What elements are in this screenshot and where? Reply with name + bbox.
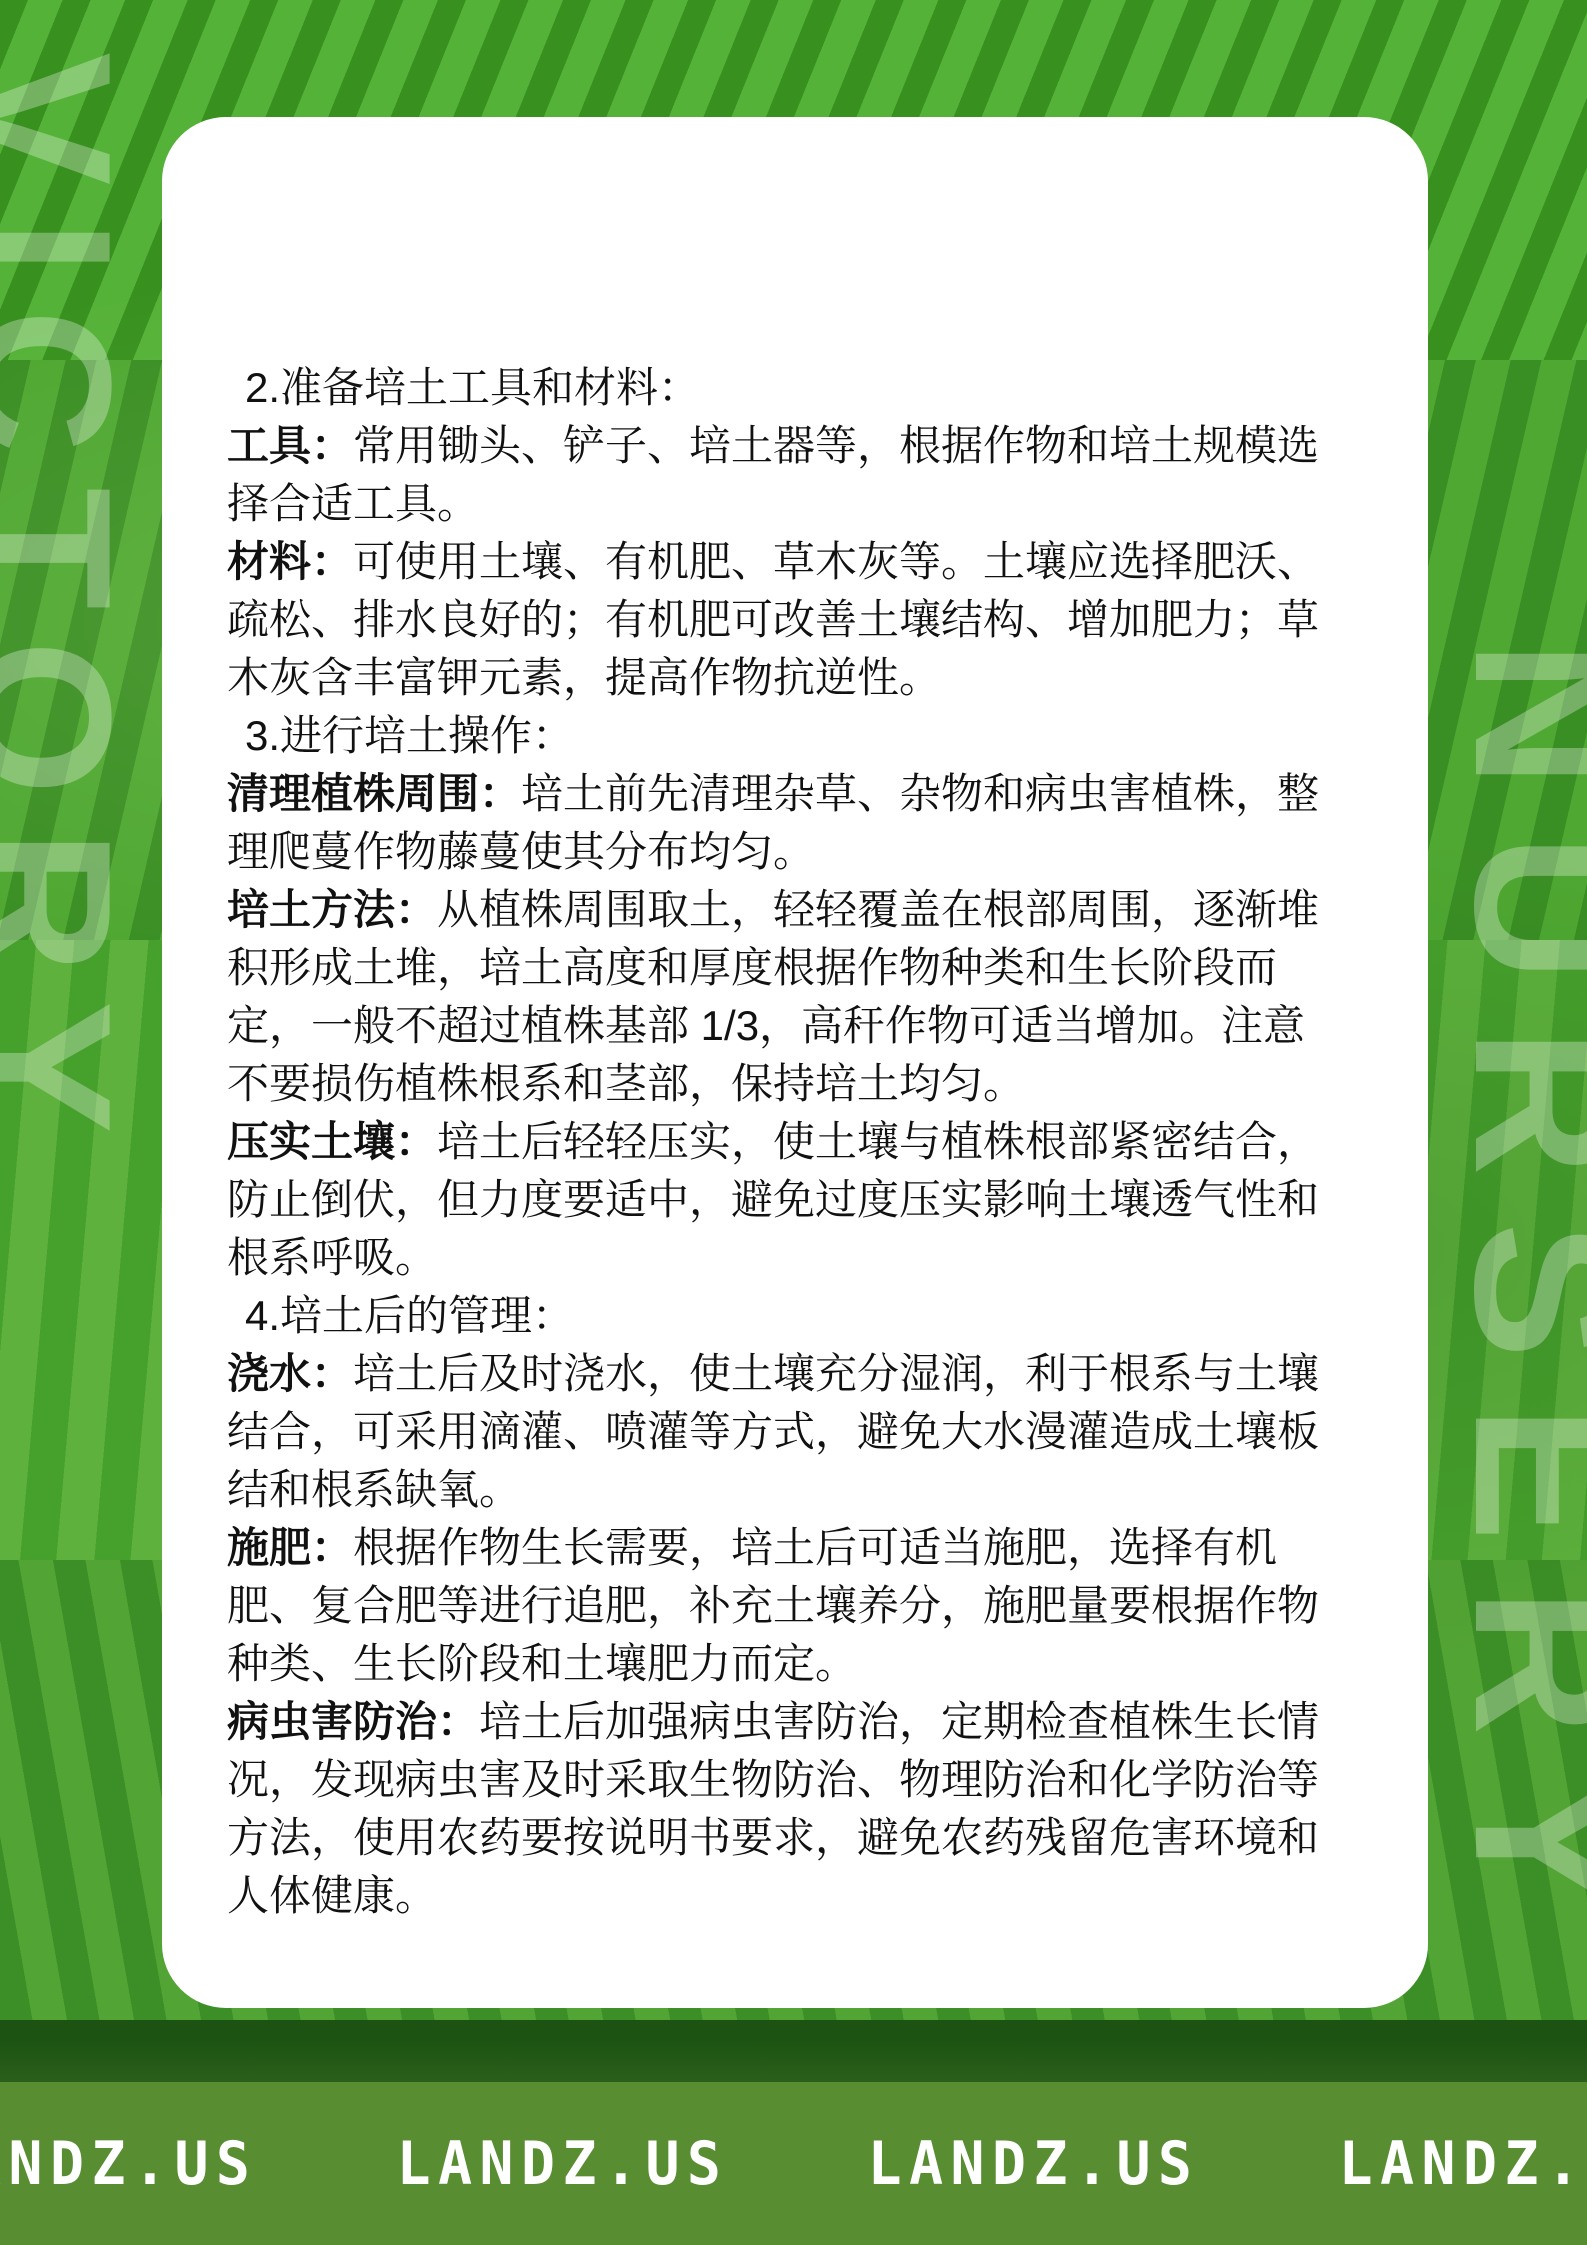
footer-band: LANDZ.US LANDZ.US LANDZ.US LANDZ.US: [0, 2082, 1587, 2245]
paragraph-label: 施肥：: [227, 1524, 353, 1571]
poster-page: VICTORY NURSERY 2.准备培土工具和材料： 工具：常用锄头、铲子、…: [0, 0, 1587, 2245]
paragraph-pest-control: 病虫害防治：培土后加强病虫害防治，定期检查植株生长情况，发现病虫害及时采取生物防…: [227, 1693, 1337, 1925]
footer-logo: LANDZ.US: [0, 2129, 257, 2199]
paragraph-method: 培土方法：从植株周围取土，轻轻覆盖在根部周围，逐渐堆积形成土堆，培土高度和厚度根…: [227, 881, 1337, 1113]
paragraph-tools: 工具：常用锄头、铲子、培土器等，根据作物和培土规模选择合适工具。: [227, 417, 1337, 533]
paragraph-label: 材料：: [227, 538, 353, 585]
article-text: 2.准备培土工具和材料： 工具：常用锄头、铲子、培土器等，根据作物和培土规模选择…: [227, 359, 1337, 1925]
paragraph-text: 常用锄头、铲子、培土器等，根据作物和培土规模选择合适工具。: [227, 422, 1319, 527]
paragraph-materials: 材料：可使用土壤、有机肥、草木灰等。土壤应选择肥沃、疏松、排水良好的；有机肥可改…: [227, 533, 1337, 707]
paragraph-label: 压实土壤：: [227, 1118, 437, 1165]
section-heading: 3.进行培土操作：: [227, 707, 1337, 765]
footer-logo-row: LANDZ.US LANDZ.US LANDZ.US LANDZ.US: [0, 2082, 1587, 2245]
paragraph-text: 根据作物生长需要，培土后可适当施肥，选择有机肥、复合肥等进行追肥，补充土壤养分，…: [227, 1524, 1319, 1687]
paragraph-text: 培土后及时浇水，使土壤充分湿润，利于根系与土壤结合，可采用滴灌、喷灌等方式，避免…: [227, 1350, 1319, 1513]
content-card: 2.准备培土工具和材料： 工具：常用锄头、铲子、培土器等，根据作物和培土规模选择…: [162, 117, 1428, 2008]
watermark-victory: VICTORY: [0, 52, 140, 1168]
paragraph-label: 培土方法：: [227, 886, 437, 933]
footer-logo: LANDZ.US: [397, 2129, 729, 2199]
paragraph-label: 清理植株周围：: [227, 770, 521, 817]
footer-logo: LANDZ.US: [1339, 2129, 1587, 2199]
paragraph-label: 病虫害防治：: [227, 1698, 479, 1745]
paragraph-fertilizing: 施肥：根据作物生长需要，培土后可适当施肥，选择有机肥、复合肥等进行追肥，补充土壤…: [227, 1519, 1337, 1693]
watermark-nursery: NURSERY: [1444, 640, 1587, 1957]
paragraph-text: 可使用土壤、有机肥、草木灰等。土壤应选择肥沃、疏松、排水良好的；有机肥可改善土壤…: [227, 538, 1319, 701]
paragraph-compacting: 压实土壤：培土后轻轻压实，使土壤与植株根部紧密结合，防止倒伏，但力度要适中，避免…: [227, 1113, 1337, 1287]
paragraph-watering: 浇水：培土后及时浇水，使土壤充分湿润，利于根系与土壤结合，可采用滴灌、喷灌等方式…: [227, 1345, 1337, 1519]
section-heading: 2.准备培土工具和材料：: [227, 359, 1337, 417]
paragraph-label: 浇水：: [227, 1350, 353, 1397]
footer-logo: LANDZ.US: [868, 2129, 1200, 2199]
paragraph-label: 工具：: [227, 422, 353, 469]
paragraph-clearing: 清理植株周围：培土前先清理杂草、杂物和病虫害植株，整理爬蔓作物藤蔓使其分布均匀。: [227, 765, 1337, 881]
section-heading: 4.培土后的管理：: [227, 1287, 1337, 1345]
